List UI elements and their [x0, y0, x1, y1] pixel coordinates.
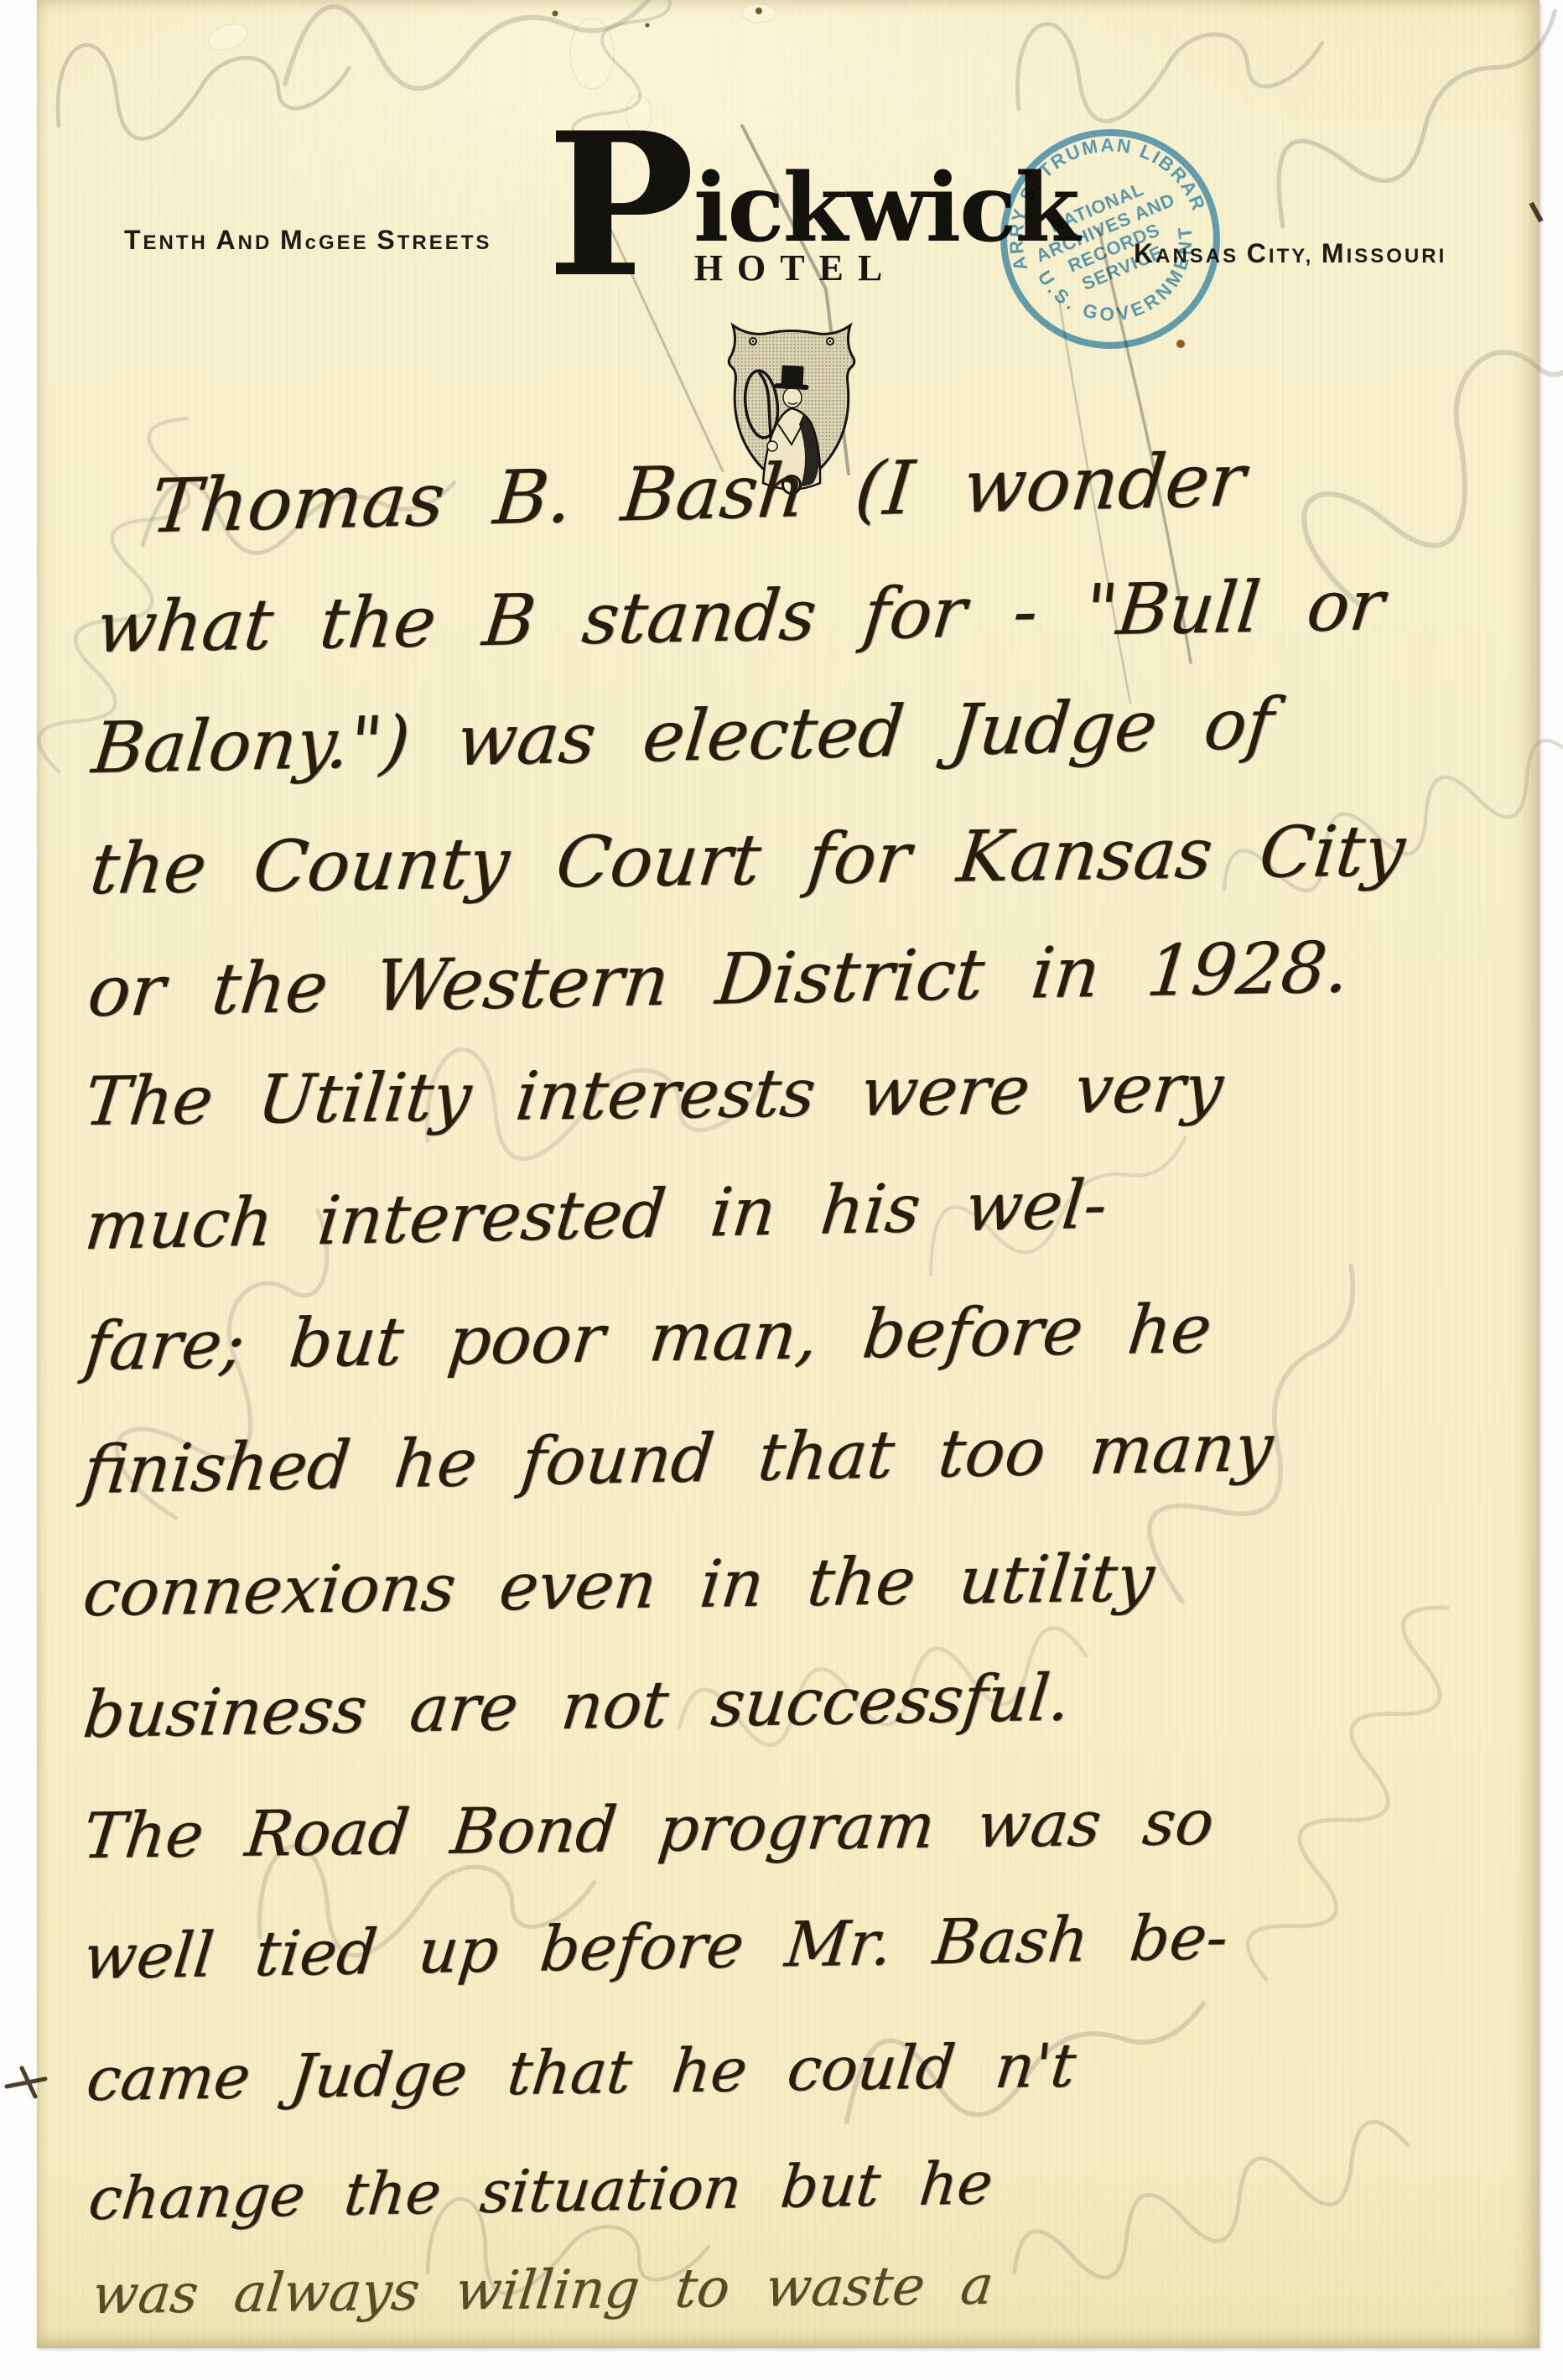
scanned-letter-page: TENTH AND McGEE STREETS Pickwick HOTEL K… — [0, 0, 1563, 2380]
handwritten-line-15: change the situation but he — [86, 2153, 995, 2230]
hotel-word-label: HOTEL — [547, 247, 1030, 289]
truman-library-stamp: HARRY S. TRUMAN LIBRARY U.S. GOVERNMENT … — [997, 126, 1223, 352]
handwritten-line-8: fare; but poor man, before he — [81, 1294, 1215, 1382]
handwritten-line-12: The Road Bond program was so — [80, 1790, 1217, 1869]
address-left: TENTH AND McGEE STREETS — [124, 225, 491, 256]
handwritten-line-4: the County Court for Kansas City — [86, 813, 1408, 906]
handwritten-line-14: came Judge that he could n't — [84, 2034, 1079, 2112]
handwritten-line-16: was always willing to waste a — [89, 2258, 995, 2325]
handwritten-line-11: business are not successful. — [80, 1665, 1072, 1750]
handwritten-line-6: The Utility interests were very — [81, 1052, 1227, 1137]
handwritten-line-10: connexions even in the utility — [80, 1545, 1157, 1629]
